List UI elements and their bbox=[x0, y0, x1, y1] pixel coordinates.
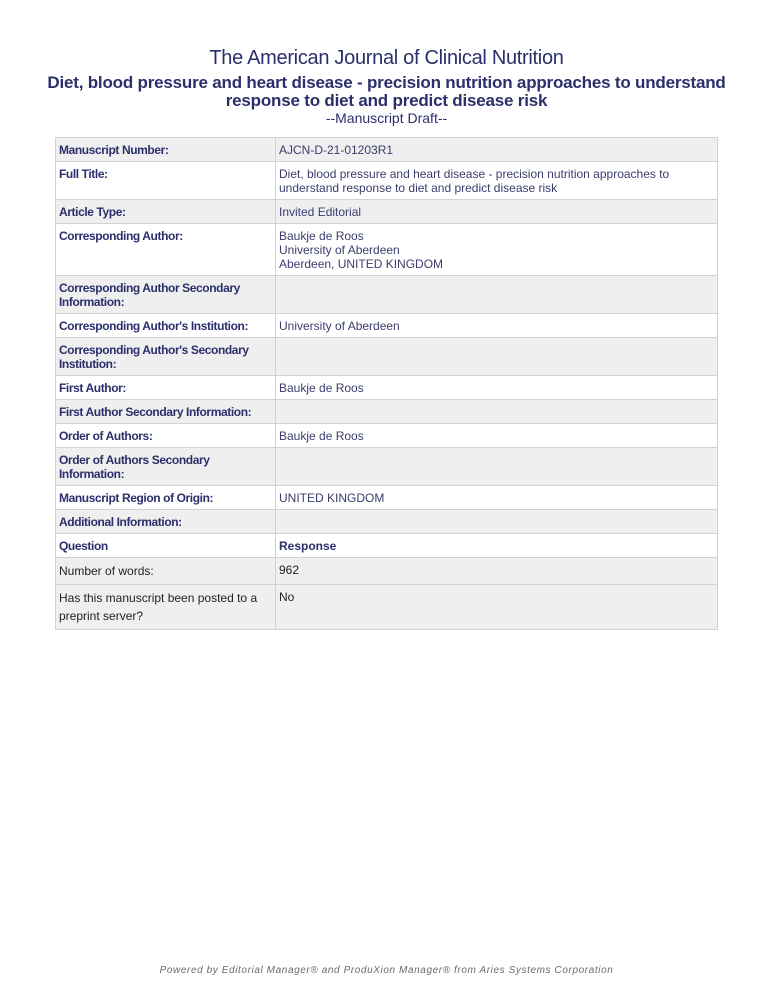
manuscript-title: Diet, blood pressure and heart disease -… bbox=[0, 74, 773, 110]
response-text: No bbox=[276, 585, 718, 630]
question-text: Number of words: bbox=[56, 558, 276, 585]
table-row: Manuscript Number: AJCN-D-21-01203R1 bbox=[56, 138, 718, 162]
row-label: Corresponding Author Secondary Informati… bbox=[56, 276, 276, 314]
table-row: Corresponding Author Secondary Informati… bbox=[56, 276, 718, 314]
row-label: Corresponding Author's Institution: bbox=[56, 314, 276, 338]
qa-header-row: Question Response bbox=[56, 534, 718, 558]
row-value bbox=[276, 276, 718, 314]
row-value bbox=[276, 338, 718, 376]
row-value bbox=[276, 400, 718, 424]
table-row: Article Type: Invited Editorial bbox=[56, 200, 718, 224]
row-label: Manuscript Region of Origin: bbox=[56, 486, 276, 510]
table-row: First Author Secondary Information: bbox=[56, 400, 718, 424]
author-name: Baukje de Roos bbox=[279, 229, 714, 243]
row-value: UNITED KINGDOM bbox=[276, 486, 718, 510]
row-value: AJCN-D-21-01203R1 bbox=[276, 138, 718, 162]
row-value: Baukje de Roos bbox=[276, 424, 718, 448]
row-value bbox=[276, 510, 718, 534]
powered-by-footer: Powered by Editorial Manager® and ProduX… bbox=[0, 965, 773, 976]
row-label: Order of Authors Secondary Information: bbox=[56, 448, 276, 486]
table-row: Manuscript Region of Origin: UNITED KING… bbox=[56, 486, 718, 510]
table-row: Corresponding Author: Baukje de Roos Uni… bbox=[56, 224, 718, 276]
row-label: Full Title: bbox=[56, 162, 276, 200]
row-value: Invited Editorial bbox=[276, 200, 718, 224]
author-institution: University of Aberdeen bbox=[279, 243, 714, 257]
table-row: Full Title: Diet, blood pressure and hea… bbox=[56, 162, 718, 200]
table-row: Order of Authors: Baukje de Roos bbox=[56, 424, 718, 448]
row-label: Corresponding Author: bbox=[56, 224, 276, 276]
manuscript-info-table: Manuscript Number: AJCN-D-21-01203R1 Ful… bbox=[55, 137, 718, 630]
author-location: Aberdeen, UNITED KINGDOM bbox=[279, 257, 714, 271]
row-label: Manuscript Number: bbox=[56, 138, 276, 162]
table-row: Corresponding Author's Secondary Institu… bbox=[56, 338, 718, 376]
row-label: First Author: bbox=[56, 376, 276, 400]
row-label: Corresponding Author's Secondary Institu… bbox=[56, 338, 276, 376]
table-row: Order of Authors Secondary Information: bbox=[56, 448, 718, 486]
qa-row: Number of words: 962 bbox=[56, 558, 718, 585]
document-header: The American Journal of Clinical Nutriti… bbox=[0, 46, 773, 126]
draft-label: --Manuscript Draft-- bbox=[0, 110, 773, 126]
row-value: Baukje de Roos University of Aberdeen Ab… bbox=[276, 224, 718, 276]
row-value: Diet, blood pressure and heart disease -… bbox=[276, 162, 718, 200]
row-label: Order of Authors: bbox=[56, 424, 276, 448]
row-label: Article Type: bbox=[56, 200, 276, 224]
journal-name: The American Journal of Clinical Nutriti… bbox=[0, 46, 773, 70]
response-text: 962 bbox=[276, 558, 718, 585]
table-row: Corresponding Author's Institution: Univ… bbox=[56, 314, 718, 338]
table-row: First Author: Baukje de Roos bbox=[56, 376, 718, 400]
row-value: Baukje de Roos bbox=[276, 376, 718, 400]
question-header: Question bbox=[56, 534, 276, 558]
row-value bbox=[276, 448, 718, 486]
question-text: Has this manuscript been posted to a pre… bbox=[56, 585, 276, 630]
row-value: University of Aberdeen bbox=[276, 314, 718, 338]
response-header: Response bbox=[276, 534, 718, 558]
row-label: Additional Information: bbox=[56, 510, 276, 534]
qa-row: Has this manuscript been posted to a pre… bbox=[56, 585, 718, 630]
table-row: Additional Information: bbox=[56, 510, 718, 534]
row-label: First Author Secondary Information: bbox=[56, 400, 276, 424]
